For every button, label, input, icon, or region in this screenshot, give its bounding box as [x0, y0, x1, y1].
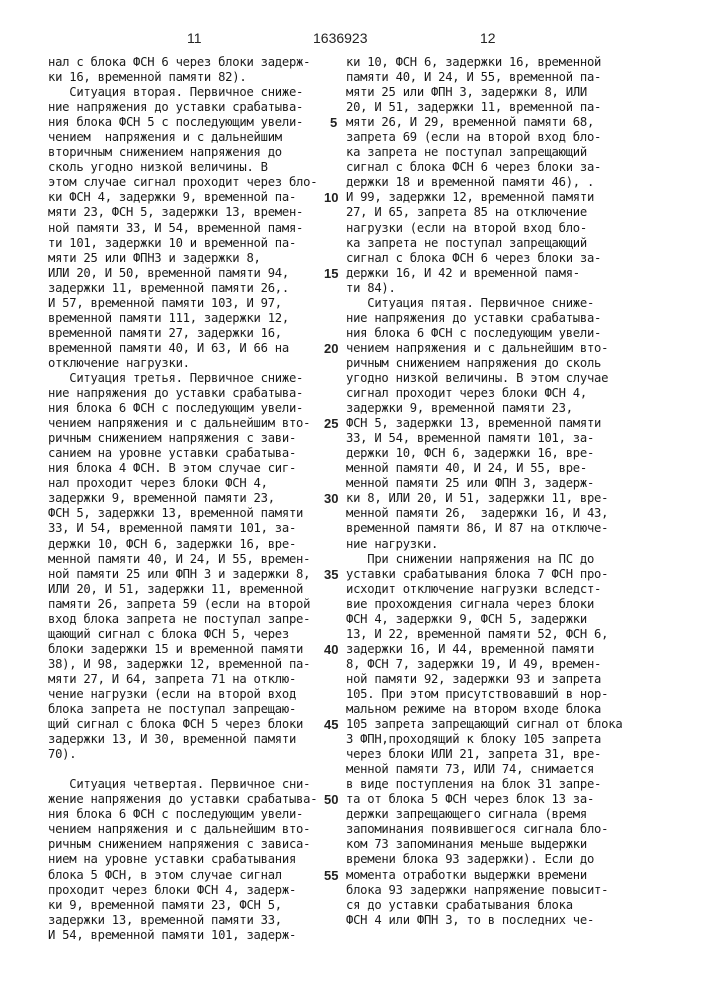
text-line: запоминания появившегося сигнала бло-	[346, 822, 646, 837]
text-line: блока 93 задержки напряжение повысит-	[346, 883, 646, 898]
line-number: 15	[324, 266, 338, 281]
text-line: щающий сигнал с блока ФСН 5, через	[48, 627, 338, 642]
line-number: 25	[324, 416, 338, 431]
text-line: временной памяти 111, задержки 12,	[48, 311, 338, 326]
text-line: ние напряжения до уставки срабатыва-	[48, 386, 338, 401]
text-line: 33, И 54, временной памяти 101, за-	[346, 431, 646, 446]
text-line: уставки срабатывания блока 7 ФСН про-	[346, 567, 646, 582]
text-line: угодно низкой величины. В этом случае	[346, 371, 646, 386]
text-line: ки 16, временной памяти 82).	[48, 70, 338, 85]
text-line: вход блока запрета не поступал запре-	[48, 612, 338, 627]
text-line: момента отработки выдержки времени	[346, 868, 646, 883]
text-line: блоки задержки 15 и временной памяти	[48, 642, 338, 657]
line-number: 50	[324, 792, 338, 807]
text-line: ной памяти 33, И 54, временной памя-	[48, 221, 338, 236]
text-line	[48, 762, 338, 777]
text-line: нагрузки (если на второй вход бло-	[346, 221, 646, 236]
line-number: 40	[324, 642, 338, 657]
text-line: чением напряжения и с дальнейшим вто-	[346, 341, 646, 356]
text-line: И 99, задержки 12, временной памяти	[346, 190, 646, 205]
line-number: 55	[324, 868, 338, 883]
text-line: Ситуация пятая. Первичное сниже-	[346, 296, 646, 311]
text-line: мяти 23, ФСН 5, задержки 13, времен-	[48, 205, 338, 220]
text-line: менной памяти 40, И 24, И 55, вре-	[346, 461, 646, 476]
text-line: держки запрещающего сигнала (время	[346, 807, 646, 822]
text-line: вторичным снижением напряжения до	[48, 145, 338, 160]
left-text-column: нал с блока ФСН 6 через блоки задерж-ки …	[48, 55, 338, 943]
text-line: ся до уставки срабатывания блока	[346, 898, 646, 913]
text-line: нием на уровне уставки срабатывания	[48, 852, 338, 867]
text-line: Ситуация третья. Первичное сниже-	[48, 371, 338, 386]
text-line: ки 10, ФСН 6, задержки 16, временной	[346, 55, 646, 70]
text-line: мяти 25 или ФПН 3, задержки 8, ИЛИ	[346, 85, 646, 100]
text-line: задержки 13, временной памяти 33,	[48, 913, 338, 928]
text-line: блока запрета не поступал запрещаю-	[48, 702, 338, 717]
text-line: 105 запрета запрещающий сигнал от блока	[346, 717, 646, 732]
line-number: 20	[324, 341, 338, 356]
text-line: держки 10, ФСН 6, задержки 16, вре-	[346, 446, 646, 461]
text-line: мяти 25 или ФПН3 и задержки 8,	[48, 251, 338, 266]
text-line: ФСН 4, задержки 9, ФСН 5, задержки	[346, 612, 646, 627]
text-line: ной памяти 25 или ФПН 3 и задержки 8,	[48, 567, 338, 582]
text-line: ти 101, задержки 10 и временной па-	[48, 236, 338, 251]
text-line: чением напряжения и с дальнейшим вто-	[48, 822, 338, 837]
text-line: в виде поступления на блок 31 запре-	[346, 777, 646, 792]
text-line: 38), И 98, задержки 12, временной па-	[48, 657, 338, 672]
text-line: сигнал проходит через блоки ФСН 4,	[346, 386, 646, 401]
text-line: через блоки ИЛИ 21, запрета 31, вре-	[346, 747, 646, 762]
text-line: ния блока 6 ФСН с последующим увели-	[346, 326, 646, 341]
text-line: держки 18 и временной памяти 46), .	[346, 175, 646, 190]
text-line: чением напряжения и с дальнейшим вто-	[48, 416, 338, 431]
text-line: ной памяти 92, задержки 93 и запрета	[346, 672, 646, 687]
text-line: держки 16, И 42 и временной памя-	[346, 266, 646, 281]
text-line: памяти 26, запрета 59 (если на второй	[48, 597, 338, 612]
text-line: задержки 16, И 44, временной памяти	[346, 642, 646, 657]
text-line: задержки 9, временной памяти 23,	[48, 491, 338, 506]
text-line: ния блока 6 ФСН с последующим увели-	[48, 401, 338, 416]
text-line: задержки 9, временной памяти 23,	[346, 401, 646, 416]
text-line: 8, ФСН 7, задержки 19, И 49, времен-	[346, 657, 646, 672]
text-line: ИЛИ 20, И 50, временной памяти 94,	[48, 266, 338, 281]
text-line: памяти 40, И 24, И 55, временной па-	[346, 70, 646, 85]
text-line: 27, И 65, запрета 85 на отключение	[346, 205, 646, 220]
text-line: ФСН 5, задержки 13, временной памяти	[48, 506, 338, 521]
text-line: сигнал с блока ФСН 6 через блоки за-	[346, 251, 646, 266]
text-line: временной памяти 27, задержки 16,	[48, 326, 338, 341]
text-line: чением напряжения и с дальнейшим	[48, 130, 338, 145]
line-number: 45	[324, 717, 338, 732]
text-line: запрета 69 (если на второй вход бло-	[346, 130, 646, 145]
text-line: мальном режиме на втором входе блока	[346, 702, 646, 717]
text-line: сигнал с блока ФСН 6 через блоки за-	[346, 160, 646, 175]
text-line: 105. При этом присутствовавший в нор-	[346, 687, 646, 702]
text-line: менной памяти 25 или ФПН 3, задерж-	[346, 476, 646, 491]
text-line: ки 9, временной памяти 23, ФСН 5,	[48, 898, 338, 913]
left-page-number: 11	[187, 30, 202, 46]
text-line: ния блока 4 ФСН. В этом случае сиг-	[48, 461, 338, 476]
text-line: нал проходит через блоки ФСН 4,	[48, 476, 338, 491]
text-line: При снижении напряжения на ПС до	[346, 552, 646, 567]
text-line: санием на уровне уставки срабатыва-	[48, 446, 338, 461]
text-line: чение нагрузки (если на второй вход	[48, 687, 338, 702]
text-line: ка запрета не поступал запрещающий	[346, 236, 646, 251]
text-line: мяти 26, И 29, временной памяти 68,	[346, 115, 646, 130]
text-line: держки 10, ФСН 6, задержки 16, вре-	[48, 537, 338, 552]
text-line: ФСН 5, задержки 13, временной памяти	[346, 416, 646, 431]
text-line: ния блока ФСН 5 с последующим увели-	[48, 115, 338, 130]
text-line: блока 5 ФСН, в этом случае сигнал	[48, 868, 338, 883]
text-line: мяти 27, И 64, запрета 71 на отклю-	[48, 672, 338, 687]
text-line: ИЛИ 20, И 51, задержки 11, временной	[48, 582, 338, 597]
text-line: 33, И 54, временной памяти 101, за-	[48, 521, 338, 536]
text-line: менной памяти 26, задержки 16, И 43,	[346, 506, 646, 521]
text-line: И 57, временной памяти 103, И 97,	[48, 296, 338, 311]
text-line: задержки 11, временной памяти 26,.	[48, 281, 338, 296]
line-number: 5	[330, 115, 337, 130]
text-line: отключение нагрузки.	[48, 356, 338, 371]
text-line: ричным снижением напряжения с зависа-	[48, 837, 338, 852]
text-line: времени блока 93 задержки). Если до	[346, 852, 646, 867]
right-text-column: ки 10, ФСН 6, задержки 16, временнойпамя…	[346, 55, 646, 928]
text-line: сколь угодно низкой величины. В	[48, 160, 338, 175]
text-line: временной памяти 86, И 87 на отключе-	[346, 521, 646, 536]
text-line: 70).	[48, 747, 338, 762]
text-line: менной памяти 40, И 24, И 55, времен-	[48, 552, 338, 567]
text-line: проходит через блоки ФСН 4, задерж-	[48, 883, 338, 898]
line-number: 35	[324, 567, 338, 582]
text-line: ки ФСН 4, задержки 9, временной па-	[48, 190, 338, 205]
text-line: ФСН 4 или ФПН 3, то в последних че-	[346, 913, 646, 928]
text-line: ние напряжения до уставки срабатыва-	[346, 311, 646, 326]
text-line: нал с блока ФСН 6 через блоки задерж-	[48, 55, 338, 70]
text-line: Ситуация вторая. Первичное сниже-	[48, 85, 338, 100]
text-line: 13, И 22, временной памяти 52, ФСН 6,	[346, 627, 646, 642]
text-line: ричным снижением напряжения до сколь	[346, 356, 646, 371]
text-line: ка запрета не поступал запрещающий	[346, 145, 646, 160]
right-page-number: 12	[480, 30, 496, 46]
text-line: ния блока 6 ФСН с последующим увели-	[48, 807, 338, 822]
line-number: 30	[324, 491, 338, 506]
text-line: та от блока 5 ФСН через блок 13 за-	[346, 792, 646, 807]
text-line: щий сигнал с блока ФСН 5 через блоки	[48, 717, 338, 732]
text-line: ричным снижением напряжения с зави-	[48, 431, 338, 446]
line-number: 10	[324, 190, 338, 205]
text-line: ние нагрузки.	[346, 537, 646, 552]
text-line: исходит отключение нагрузки вследст-	[346, 582, 646, 597]
text-line: И 54, временной памяти 101, задерж-	[48, 928, 338, 943]
text-line: этом случае сигнал проходит через бло-	[48, 175, 338, 190]
patent-number: 1636923	[313, 30, 368, 46]
text-line: ком 73 запоминания меньше выдержки	[346, 837, 646, 852]
text-line: ти 84).	[346, 281, 646, 296]
text-line: ки 8, ИЛИ 20, И 51, задержки 11, вре-	[346, 491, 646, 506]
text-line: временной памяти 40, И 63, И 66 на	[48, 341, 338, 356]
text-line: менной памяти 73, ИЛИ 74, снимается	[346, 762, 646, 777]
text-line: ние напряжения до уставки срабатыва-	[48, 100, 338, 115]
text-line: вие прохождения сигнала через блоки	[346, 597, 646, 612]
text-line: Ситуация четвертая. Первичное сни-	[48, 777, 338, 792]
text-line: жение напряжения до уставки срабатыва-	[48, 792, 338, 807]
text-line: 20, И 51, задержки 11, временной па-	[346, 100, 646, 115]
text-line: задержки 13, И 30, временной памяти	[48, 732, 338, 747]
text-line: 3 ФПН,проходящий к блоку 105 запрета	[346, 732, 646, 747]
